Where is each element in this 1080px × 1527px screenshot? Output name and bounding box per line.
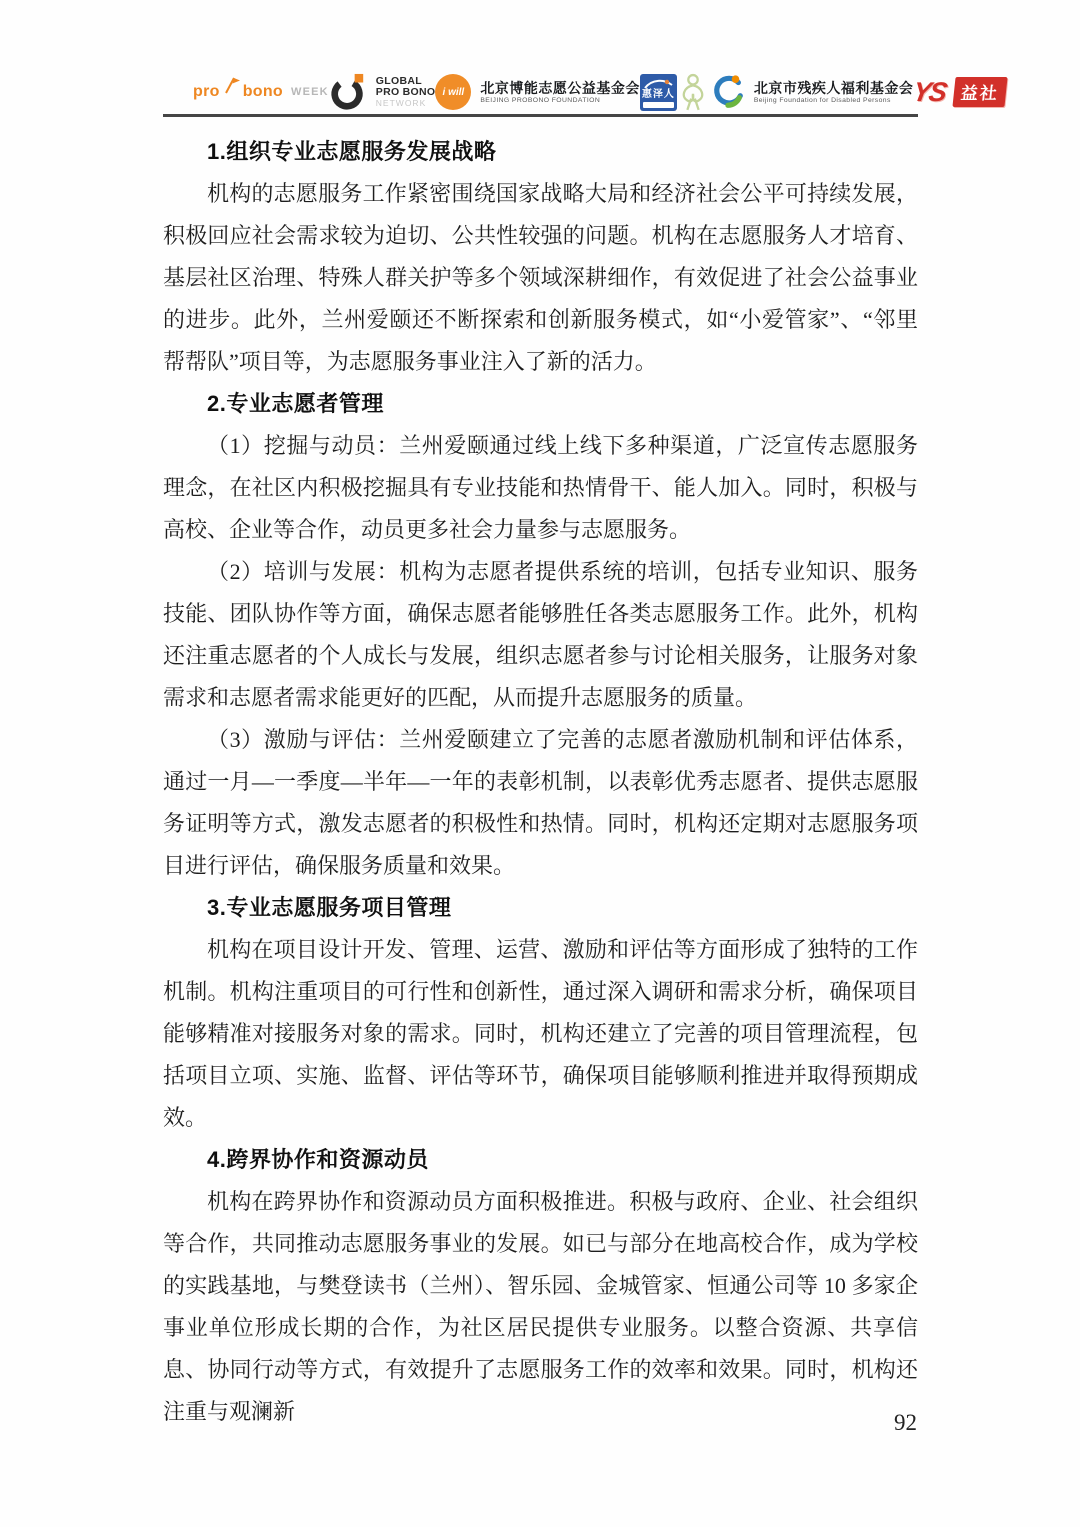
- disabled-foundation-en-name: Beijing Foundation for Disabled Persons: [754, 97, 914, 105]
- document-body: 1.组织专业志愿服务发展战略机构的志愿服务工作紧密围绕国家战略大局和经济社会公平…: [163, 131, 918, 1433]
- yishe-name: 益社: [953, 77, 1008, 107]
- pro-bono-week-text-bono: bono: [243, 83, 283, 101]
- header-divider: [163, 114, 918, 117]
- logo-beijing-probono-foundation: i will 北京博能志愿公益基金会 BEIJING PROBONO FOUND…: [435, 74, 640, 110]
- paragraph: （1）挖掘与动员：兰州爱颐通过线上线下多种渠道，广泛宣传志愿服务理念，在社区内积…: [163, 425, 918, 551]
- logo-huizeren: 惠泽人: [640, 74, 677, 111]
- section-heading: 4.跨界协作和资源动员: [163, 1139, 918, 1181]
- iwill-badge-icon: i will: [435, 74, 471, 110]
- document-page: pro bono WEEK GLOBAL PRO BONO NETWORK i …: [0, 0, 1080, 1527]
- section-heading: 3.专业志愿服务项目管理: [163, 887, 918, 929]
- probono-foundation-cn-name: 北京博能志愿公益基金会: [480, 80, 640, 96]
- logo-global-pro-bono-network: GLOBAL PRO BONO NETWORK: [329, 73, 436, 111]
- probono-foundation-en-name: BEIJING PROBONO FOUNDATION: [480, 97, 640, 105]
- disabled-foundation-icon: [709, 74, 745, 110]
- paragraph: 机构在跨界协作和资源动员方面积极推进。积极与政府、企业、社会组织等合作，共同推动…: [163, 1181, 918, 1433]
- pro-bono-week-text-week: WEEK: [291, 86, 329, 98]
- page-number: 92: [894, 1410, 917, 1436]
- logo-bar: pro bono WEEK GLOBAL PRO BONO NETWORK i …: [193, 70, 885, 114]
- flag-icon: [224, 76, 240, 94]
- logo-yishe: YS 益社: [913, 77, 1006, 108]
- paragraph: （3）激励与评估：兰州爱颐建立了完善的志愿者激励机制和评估体系，通过一月—一季度…: [163, 719, 918, 887]
- huizeren-name: 惠泽人: [642, 85, 675, 100]
- logo-pro-bono-week: pro bono WEEK: [193, 83, 329, 101]
- paragraph: 机构在项目设计开发、管理、运营、激励和评估等方面形成了独特的工作机制。机构注重项…: [163, 929, 918, 1139]
- gpbn-text-line3: NETWORK: [376, 99, 436, 108]
- pro-bono-week-text-pro: pro: [193, 83, 220, 101]
- section-heading: 2.专业志愿者管理: [163, 383, 918, 425]
- gpbn-text-line2: PRO BONO: [376, 87, 436, 98]
- logo-beijing-foundation-disabled: 北京市残疾人福利基金会 Beijing Foundation for Disab…: [709, 74, 914, 110]
- paragraph: 机构的志愿服务工作紧密围绕国家战略大局和经济社会公平可持续发展，积极回应社会需求…: [163, 173, 918, 383]
- paragraph: （2）培训与发展：机构为志愿者提供系统的培训，包括专业知识、服务技能、团队协作等…: [163, 551, 918, 719]
- huizeren-band: [643, 102, 674, 108]
- section-heading: 1.组织专业志愿服务发展战略: [163, 131, 918, 173]
- disabled-foundation-cn-name: 北京市残疾人福利基金会: [754, 80, 914, 96]
- gpbn-ring-icon: [329, 73, 367, 111]
- huizeren-badge-icon: 惠泽人: [640, 74, 677, 111]
- green-figure-icon: [677, 72, 709, 112]
- green-figure-glyph: [677, 72, 709, 112]
- yishe-ys-mark: YS: [911, 77, 948, 108]
